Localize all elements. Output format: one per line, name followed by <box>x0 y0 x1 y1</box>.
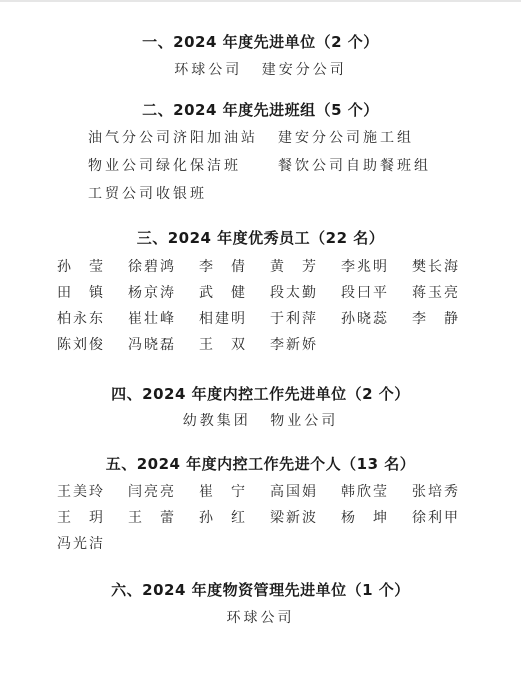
unit-item: 建安分公司 <box>262 62 347 78</box>
person-name: 田 镇 <box>57 283 128 303</box>
group-item: 工贸公司收银班 <box>88 184 278 204</box>
person-name: 冯光洁 <box>57 534 128 554</box>
person-name: 樊长海 <box>412 257 483 277</box>
unit-item: 物业公司 <box>270 413 338 429</box>
person-name: 王美玲 <box>57 482 128 502</box>
section-2-groups: 油气分公司济阳加油站 建安分公司施工组 物业公司绿化保洁班 餐饮公司自助餐班组 … <box>88 128 448 204</box>
person-name: 王 玥 <box>57 508 128 528</box>
group-item: 餐饮公司自助餐班组 <box>278 156 448 176</box>
section-5-names: 王美玲 闫亮亮 崔 宁 高国娟 韩欣莹 张培秀 王 玥 王 蕾 孙 红 梁新波 … <box>57 482 477 554</box>
person-name: 杨京涛 <box>128 283 199 303</box>
person-name: 段太勤 <box>270 283 341 303</box>
person-name: 王 蕾 <box>128 508 199 528</box>
section-1-heading: 一、2024 年度先进单位（2 个） <box>0 32 521 52</box>
person-name: 孙 莹 <box>57 257 128 277</box>
section-6-heading: 六、2024 年度物资管理先进单位（1 个） <box>0 580 521 600</box>
person-name: 段曰平 <box>341 283 412 303</box>
person-name: 武 健 <box>199 283 270 303</box>
section-3-names: 孙 莹 徐碧鸿 李 倩 黄 芳 李兆明 樊长海 田 镇 杨京涛 武 健 段太勤 … <box>57 257 477 355</box>
person-name: 高国娟 <box>270 482 341 502</box>
group-item: 油气分公司济阳加油站 <box>88 128 278 148</box>
person-name: 梁新波 <box>270 508 341 528</box>
person-name: 张培秀 <box>412 482 483 502</box>
group-item: 建安分公司施工组 <box>278 128 448 148</box>
person-name: 闫亮亮 <box>128 482 199 502</box>
section-1-units: 环球公司 建安分公司 <box>0 60 521 80</box>
section-2-heading: 二、2024 年度先进班组（5 个） <box>0 100 521 120</box>
person-name: 冯晓磊 <box>128 335 199 355</box>
section-4-units: 幼教集团 物业公司 <box>0 411 521 431</box>
group-item: 物业公司绿化保洁班 <box>88 156 278 176</box>
person-name: 李兆明 <box>341 257 412 277</box>
section-3-heading: 三、2024 年度优秀员工（22 名） <box>0 228 521 248</box>
person-name: 韩欣莹 <box>341 482 412 502</box>
unit-item: 环球公司 <box>227 610 295 626</box>
section-4-heading: 四、2024 年度内控工作先进单位（2 个） <box>0 384 521 404</box>
person-name: 王 双 <box>199 335 270 355</box>
person-name: 崔壮峰 <box>128 309 199 329</box>
section-6-units: 环球公司 <box>0 608 521 628</box>
person-name: 李新娇 <box>270 335 341 355</box>
person-name: 孙 红 <box>199 508 270 528</box>
person-name: 柏永东 <box>57 309 128 329</box>
person-name: 徐碧鸿 <box>128 257 199 277</box>
person-name: 黄 芳 <box>270 257 341 277</box>
unit-item: 幼教集团 <box>183 413 251 429</box>
person-name: 崔 宁 <box>199 482 270 502</box>
person-name: 孙晓蕊 <box>341 309 412 329</box>
person-name: 相建明 <box>199 309 270 329</box>
person-name: 陈刘俊 <box>57 335 128 355</box>
person-name: 蒋玉亮 <box>412 283 483 303</box>
person-name: 徐利甲 <box>412 508 483 528</box>
unit-item: 环球公司 <box>174 62 242 78</box>
section-5-heading: 五、2024 年度内控工作先进个人（13 名） <box>0 454 521 474</box>
person-name: 李 静 <box>412 309 483 329</box>
person-name: 于利萍 <box>270 309 341 329</box>
person-name: 杨 坤 <box>341 508 412 528</box>
person-name: 李 倩 <box>199 257 270 277</box>
